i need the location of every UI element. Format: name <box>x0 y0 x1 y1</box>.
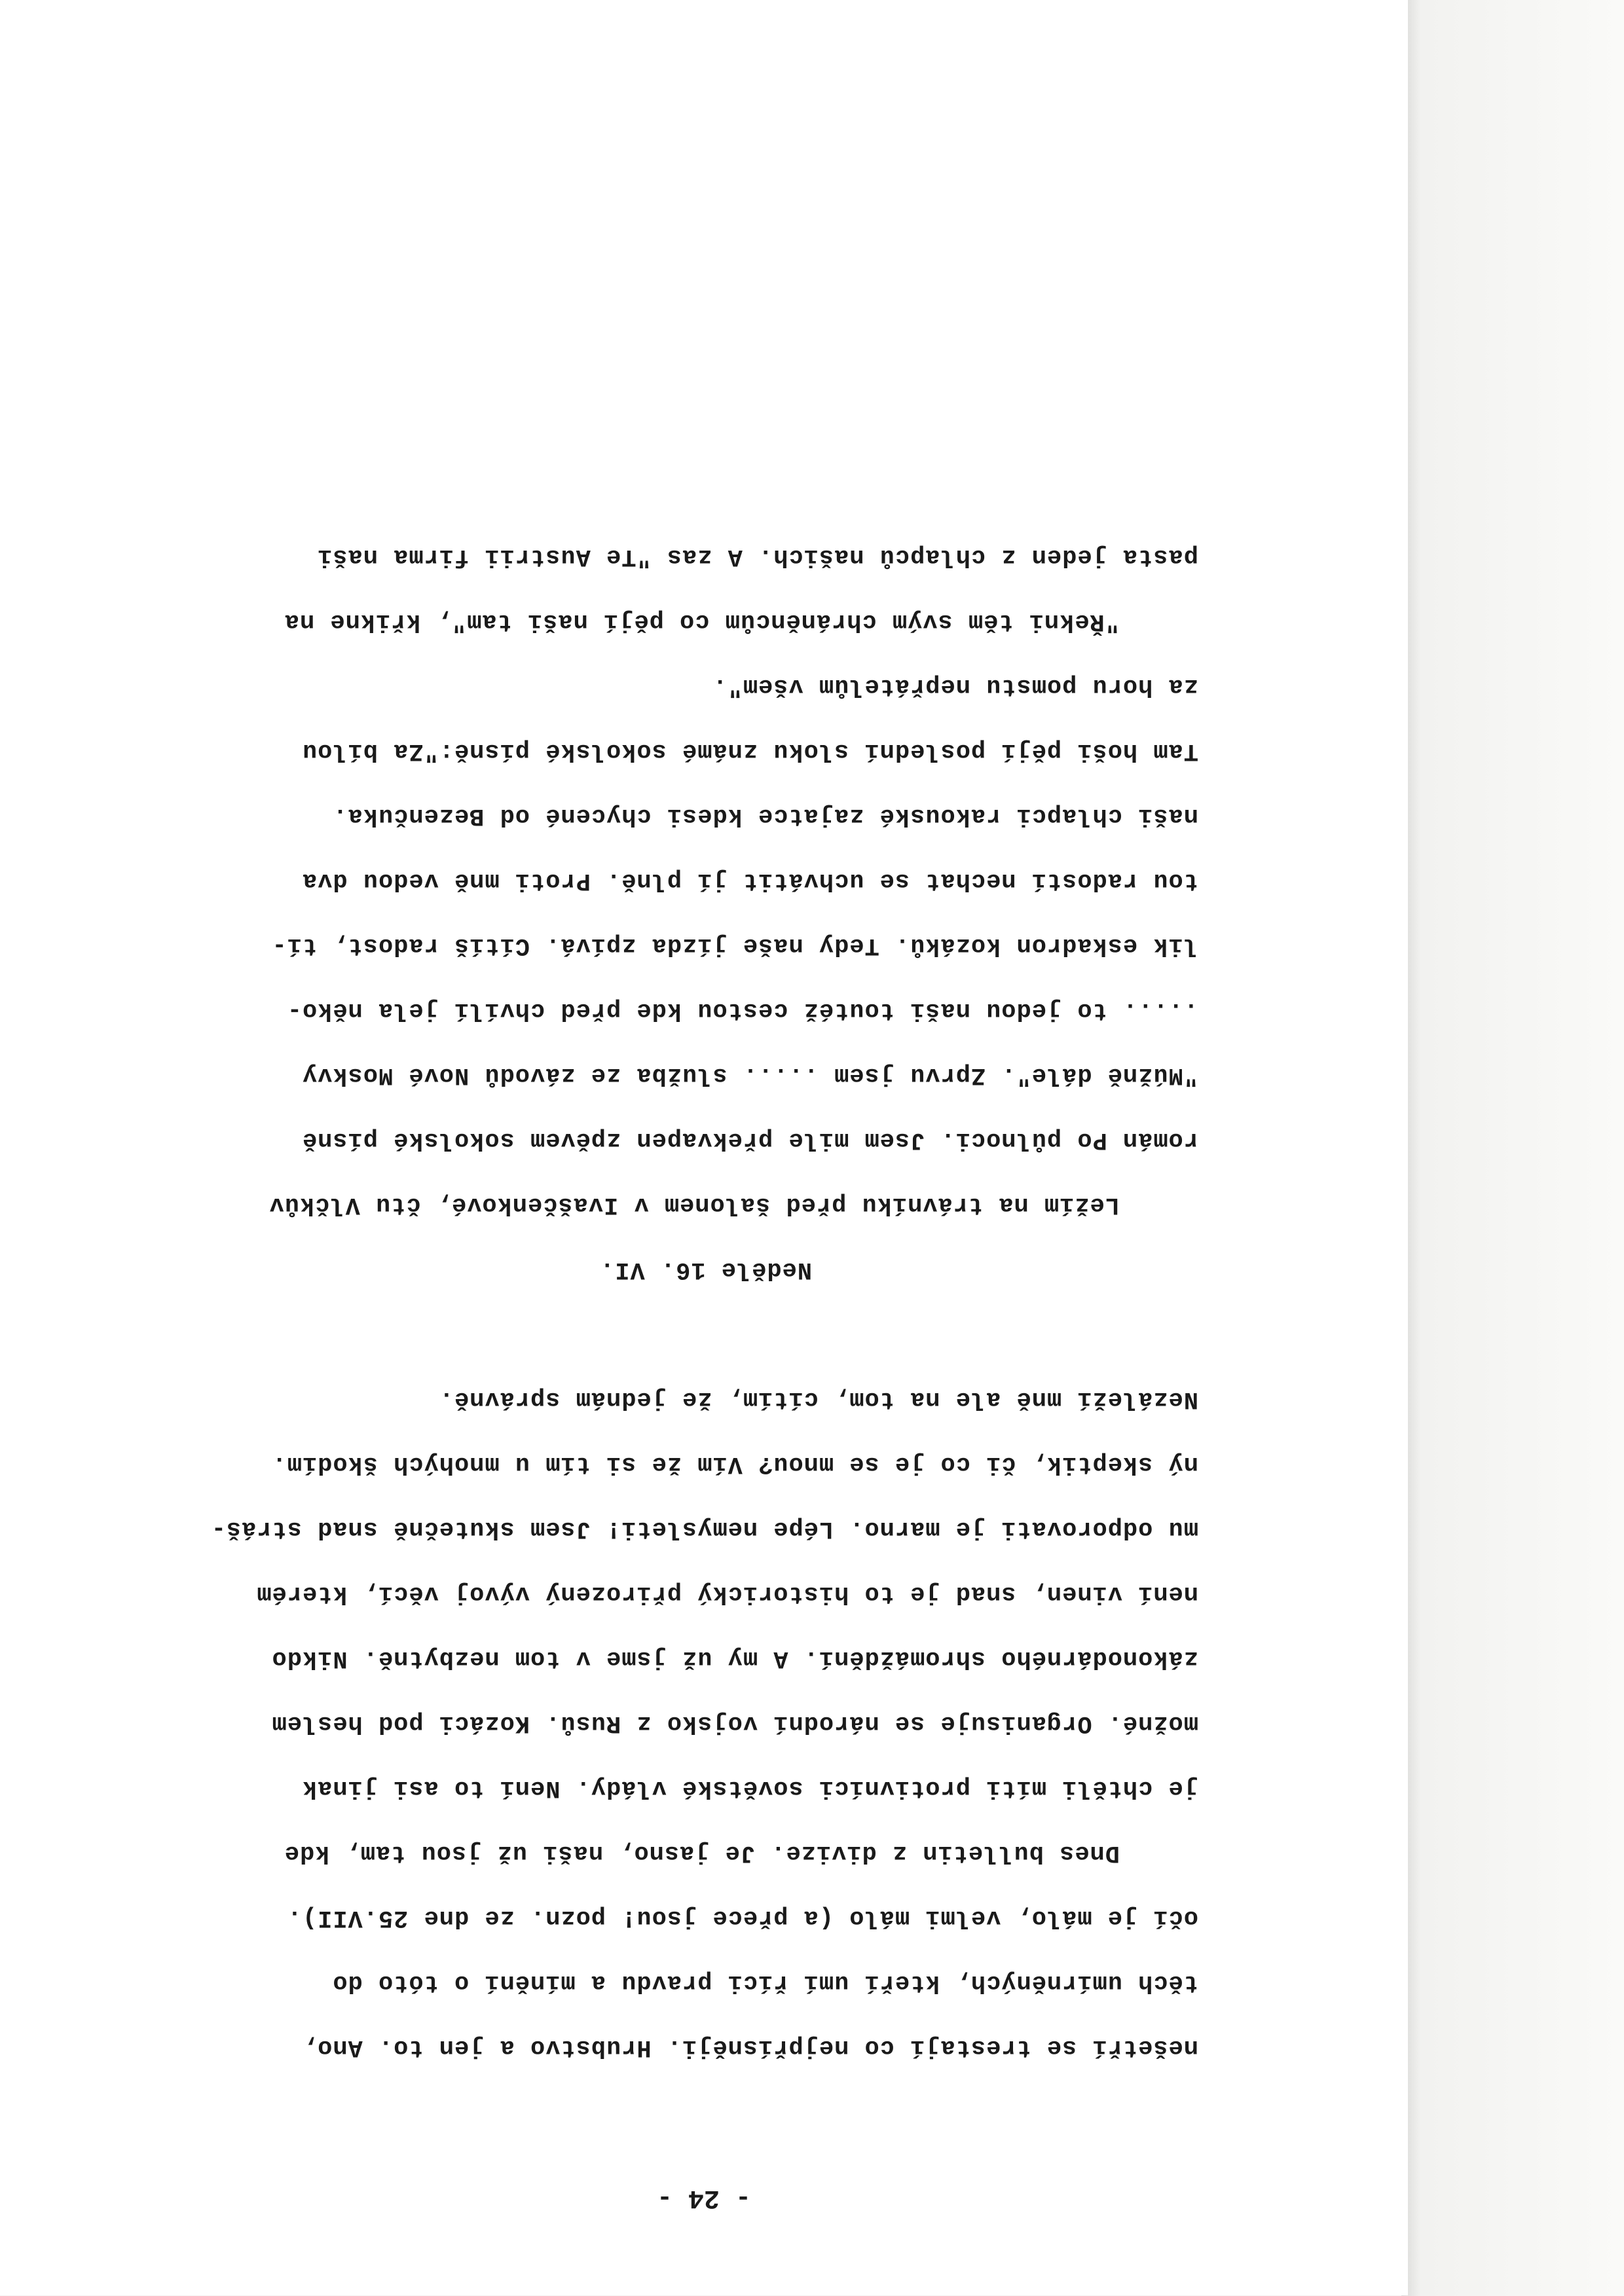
text-line: lik eskadron kozáků. Tedy naše jízda zpí… <box>98 913 1198 977</box>
text-line: je chtěli míti protivníci sovětské vlády… <box>98 1755 1198 1820</box>
text-line: naši chlapci rakouské zajatce kdesi chyc… <box>98 783 1198 848</box>
text-line: za horu pomstu nepřátelům všem". <box>98 653 1198 718</box>
text-line: Ležím na trávníku před šalonem v Ivaščen… <box>98 1172 1198 1237</box>
text-line: nešetří se trestají co nejpřísněji. Hrub… <box>98 2014 1198 2079</box>
text-line: "Řekni těm svým chráněncům co pějí naši … <box>98 589 1198 653</box>
text-line: Tam hoši pějí poslední sloku známé sokol… <box>98 718 1198 783</box>
text-line: tou radostí nechat se uchvátit jí plně. … <box>98 848 1198 913</box>
text-line: ný skeptik, či co je se mnou? Vím že si … <box>98 1431 1198 1496</box>
text-line: mu odporovati je marno. Lépe nemysleti! … <box>98 1496 1198 1561</box>
text-line <box>98 1302 1198 1366</box>
page-number: - 24 - <box>0 2183 1408 2212</box>
text-line: očí je málo, velmi málo (a přece jsou! p… <box>98 1885 1198 1950</box>
text-line: Nezáleží mně ale na tom, cítím, že jedná… <box>98 1366 1198 1431</box>
text-line: "Múžně dále". Zprvu jsem ..... služba ze… <box>98 1042 1198 1107</box>
scan-margin <box>1401 0 1624 2296</box>
text-line: možné. Organisuje se národní vojsko z Ru… <box>98 1690 1198 1755</box>
text-line: zákonodárného shromáždění. A my už jsme … <box>98 1626 1198 1690</box>
text-line: román Po půlnoci. Jsem mile překvapen zp… <box>98 1107 1198 1172</box>
text-line: Dnes bulletin z divize. Je jasno, naši u… <box>98 1820 1198 1885</box>
diary-entry-heading: Neděle 16. VI. <box>98 1237 1198 1302</box>
page-body-text: nešetří se trestají co nejpřísněji. Hrub… <box>98 524 1198 2079</box>
typewritten-page: nešetří se trestají co nejpřísněji. Hrub… <box>0 0 1408 2295</box>
text-line: pasta jeden z chlapců našich. A zas "Te … <box>98 524 1198 589</box>
text-line: těch umírněných, kteří umí říci pravdu a… <box>98 1950 1198 2014</box>
text-line: není vinen, snad je to historický přiroz… <box>98 1561 1198 1626</box>
text-line: ..... to jedou naši toutéž cestou kde př… <box>98 977 1198 1042</box>
